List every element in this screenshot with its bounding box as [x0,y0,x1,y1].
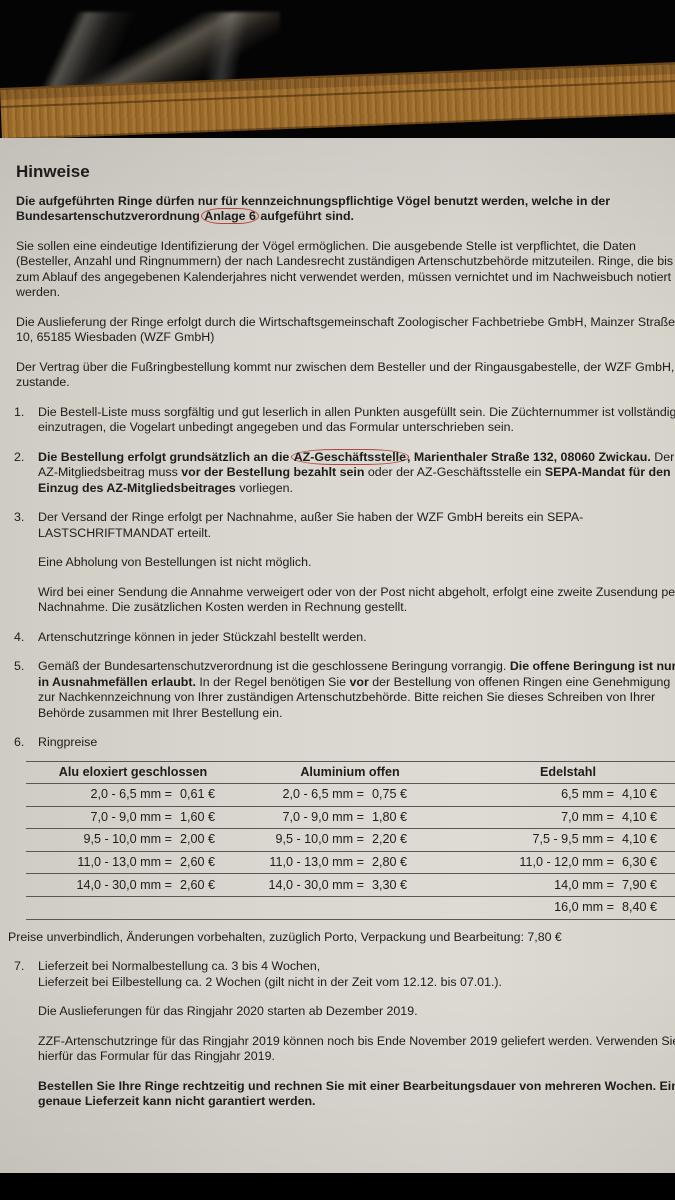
table-cell-size: 16,0 mm = [460,897,620,920]
table-row: 2,0 - 6,5 mm =0,61 €2,0 - 6,5 mm =0,75 €… [26,784,675,807]
document-content: Hinweise Die aufgeführten Ringe dürfen n… [16,164,675,1124]
table-cell-price: 2,20 € [370,829,460,852]
paragraph-identification: Sie sollen eine eindeutige Identifizieru… [16,239,675,301]
circled-annotation-geschaeftsstelle: AZ-Geschäftsstelle [291,449,409,465]
intro-paragraph: Die aufgeführten Ringe dürfen nur für ke… [16,194,675,225]
item-number: 4. [14,630,24,646]
table-cell-price: 4,10 € [620,806,675,829]
section-title-ringpreise: Ringpreise [38,735,675,751]
item-subtext: ZZF-Artenschutzringe für das Ringjahr 20… [38,1034,675,1065]
table-cell-price [178,897,240,920]
item-text: Lieferzeit bei Normalbestellung ca. 3 bi… [38,959,675,990]
text-line: Lieferzeit bei Eilbestellung ca. 2 Woche… [38,975,502,989]
item-text: Der Versand der Ringe erfolgt per Nachna… [38,510,675,541]
table-row: 16,0 mm =8,40 € [26,897,675,920]
intro-text-2: aufgeführt sind. [257,209,354,223]
table-cell-size: 9,5 - 10,0 mm = [240,829,370,852]
table-cell-price: 1,60 € [178,806,240,829]
text-bold: vor der Bestellung bezahlt sein [181,465,364,479]
text-bold: , Marienthaler Straße 132, 08060 Zwickau… [407,450,651,464]
table-cell-price: 8,40 € [620,897,675,920]
item-number: 1. [14,405,24,421]
item-text: Artenschutzringe können in jeder Stückza… [38,630,675,646]
table-row: 11,0 - 13,0 mm =2,60 €11,0 - 13,0 mm =2,… [26,851,675,874]
text-bold: vor [350,675,369,689]
document-page: Hinweise Die aufgeführten Ringe dürfen n… [0,138,675,1173]
item-subtext: Die Auslieferungen für das Ringjahr 2020… [38,1004,675,1020]
table-cell-size: 2,0 - 6,5 mm = [240,784,370,807]
table-cell-price: 2,80 € [370,851,460,874]
text-line: Lieferzeit bei Normalbestellung ca. 3 bi… [38,959,320,973]
table-cell-size: 7,5 - 9,5 mm = [460,829,620,852]
table-cell-size: 11,0 - 13,0 mm = [240,851,370,874]
item-number: 6. [14,735,24,751]
table-cell-size: 7,0 mm = [460,806,620,829]
table-cell-price: 1,80 € [370,806,460,829]
list-item-2: 2. Die Bestellung erfolgt grundsätzlich … [16,450,675,497]
item-number: 3. [14,510,24,526]
item-number: 2. [14,450,24,466]
table-row: 7,0 - 9,0 mm =1,60 €7,0 - 9,0 mm =1,80 €… [26,806,675,829]
numbered-list: 1. Die Bestell-Liste muss sorgfältig und… [16,405,675,751]
table-cell-size: 2,0 - 6,5 mm = [26,784,178,807]
text-bold: Die Bestellung erfolgt grundsätzlich an … [38,450,293,464]
table-row: 14,0 - 30,0 mm =2,60 €14,0 - 30,0 mm =3,… [26,874,675,897]
item-number: 5. [14,659,24,675]
list-item-7: 7. Lieferzeit bei Normalbestellung ca. 3… [16,959,675,1110]
price-table: Alu eloxiert geschlossen Aluminium offen… [26,761,675,920]
column-header: Aluminium offen [240,761,460,784]
numbered-list-continued: 7. Lieferzeit bei Normalbestellung ca. 3… [16,959,675,1110]
table-cell-price: 6,30 € [620,851,675,874]
table-row: 9,5 - 10,0 mm =2,00 €9,5 - 10,0 mm =2,20… [26,829,675,852]
list-item-5: 5. Gemäß der Bundesartenschutzverordnung… [16,659,675,721]
text-normal: Gemäß der Bundesartenschutzverordnung is… [38,659,510,673]
table-header-row: Alu eloxiert geschlossen Aluminium offen… [26,761,675,784]
column-header: Edelstahl [460,761,675,784]
page-title: Hinweise [16,164,675,180]
circled-annotation-anlage: Anlage 6 [201,208,259,224]
table-cell-size [240,897,370,920]
list-item-6: 6. Ringpreise [16,735,675,751]
table-cell-price: 2,60 € [178,851,240,874]
table-cell-price: 4,10 € [620,829,675,852]
table-cell-size: 7,0 - 9,0 mm = [26,806,178,829]
table-cell-size: 11,0 - 12,0 mm = [460,851,620,874]
table-cell-size: 14,0 - 30,0 mm = [240,874,370,897]
list-item-4: 4. Artenschutzringe können in jeder Stüc… [16,630,675,646]
table-cell-size: 6,5 mm = [460,784,620,807]
list-item-3: 3. Der Versand der Ringe erfolgt per Nac… [16,510,675,616]
item-text: Gemäß der Bundesartenschutzverordnung is… [38,659,675,721]
table-cell-price: 0,75 € [370,784,460,807]
item-text: Die Bestellung erfolgt grundsätzlich an … [38,450,675,497]
text-normal: In der Regel benötigen Sie [196,675,350,689]
text-normal: oder der AZ-Geschäftsstelle ein [364,465,544,479]
table-cell-price [370,897,460,920]
item-subtext: Wird bei einer Sendung die Annahme verwe… [38,585,675,616]
paragraph-contract: Der Vertrag über die Fußringbestellung k… [16,360,675,391]
table-cell-size: 14,0 - 30,0 mm = [26,874,178,897]
table-cell-price: 2,00 € [178,829,240,852]
table-cell-size: 9,5 - 10,0 mm = [26,829,178,852]
table-cell-size: 7,0 - 9,0 mm = [240,806,370,829]
table-cell-price: 4,10 € [620,784,675,807]
table-cell-price: 0,61 € [178,784,240,807]
list-item-1: 1. Die Bestell-Liste muss sorgfältig und… [16,405,675,436]
item-subtext-bold: Bestellen Sie Ihre Ringe rechtzeitig und… [38,1079,675,1110]
item-subtext: Eine Abholung von Bestellungen ist nicht… [38,555,675,571]
table-cell-size: 11,0 - 13,0 mm = [26,851,178,874]
item-number: 7. [14,959,24,975]
paragraph-delivery: Die Auslieferung der Ringe erfolgt durch… [16,315,675,346]
photo-background-bottom [0,1173,675,1200]
photo-background-top [0,0,675,140]
text-normal: vorliegen. [236,481,293,495]
table-cell-size [26,897,178,920]
table-cell-price: 2,60 € [178,874,240,897]
table-cell-size: 14,0 mm = [460,874,620,897]
table-cell-price: 7,90 € [620,874,675,897]
item-text: Die Bestell-Liste muss sorgfältig und gu… [38,405,675,436]
column-header: Alu eloxiert geschlossen [26,761,240,784]
table-cell-price: 3,30 € [370,874,460,897]
pricing-note: Preise unverbindlich, Änderungen vorbeha… [8,930,675,946]
